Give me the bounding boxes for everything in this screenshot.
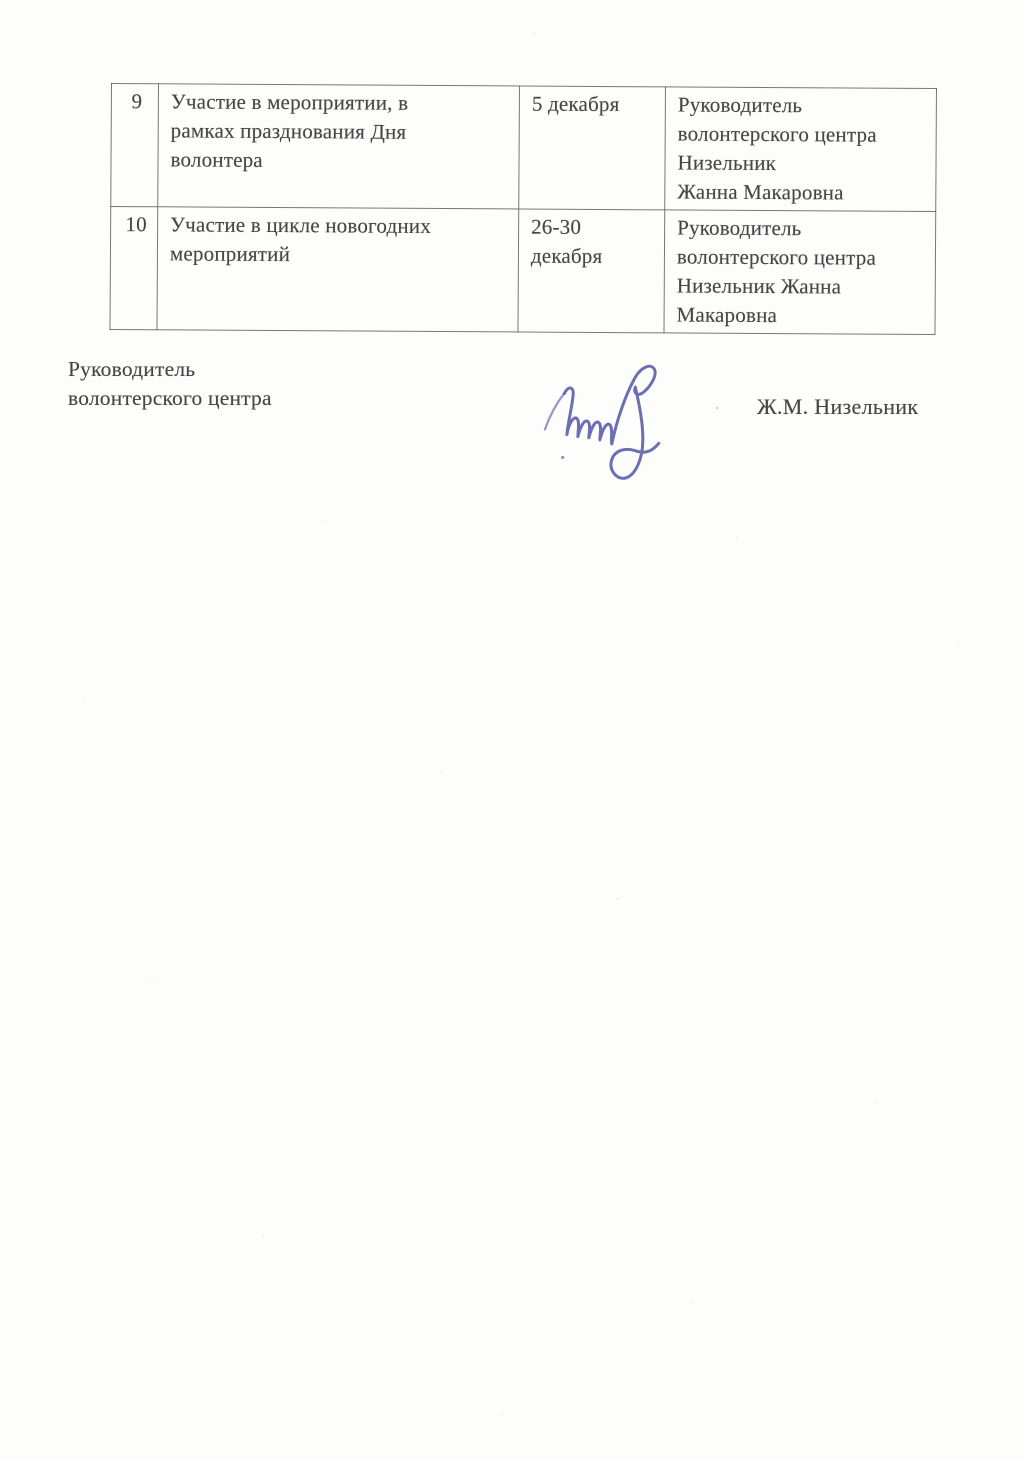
row-number-cell: 10 — [110, 207, 158, 330]
signatory-name: Ж.М. Низельник — [757, 393, 918, 421]
ink-dot — [561, 456, 564, 459]
table-row: 9 Участие в мероприятии, в рамках праздн… — [111, 84, 937, 212]
handwritten-signature-ink — [537, 355, 698, 486]
signatory-title: Руководитель волонтерского центра — [68, 355, 272, 413]
document-page: 9 Участие в мероприятии, в рамках праздн… — [0, 0, 1024, 1460]
activity-cell: Участие в мероприятии, в рамках празднов… — [158, 84, 520, 209]
date-cell: 5 декабря — [519, 86, 666, 210]
responsible-cell: Руководитель волонтерского центра Низель… — [665, 87, 937, 212]
row-number-cell: 9 — [111, 84, 159, 207]
date-cell: 26-30 декабря — [518, 209, 665, 333]
scan-artifacts — [0, 0, 2, 2]
activity-plan-table: 9 Участие в мероприятии, в рамках праздн… — [109, 83, 936, 335]
table-row: 10 Участие в цикле новогодних мероприяти… — [110, 207, 936, 335]
activity-cell: Участие в цикле новогодних мероприятий — [157, 207, 519, 332]
responsible-cell: Руководитель волонтерского центра Низель… — [664, 210, 936, 335]
